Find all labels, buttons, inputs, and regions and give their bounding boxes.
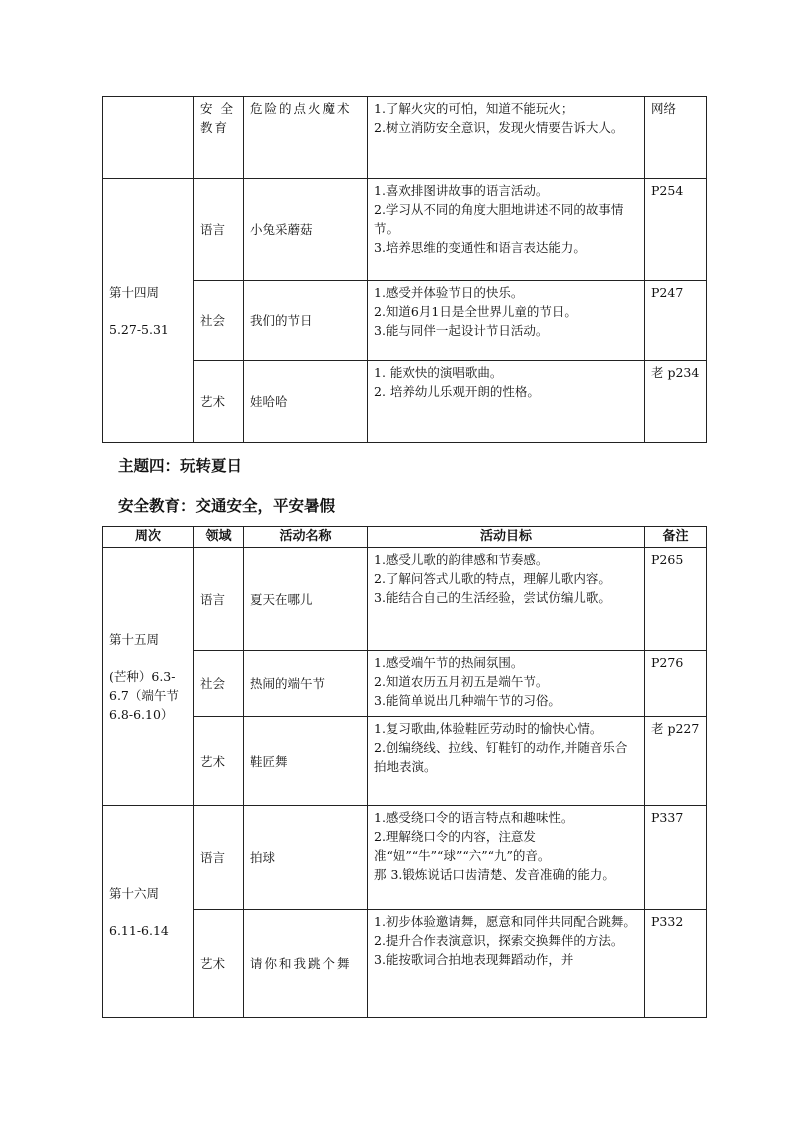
week-cell <box>103 97 194 179</box>
goal-text: 1.了解火灾的可怕，知道不能玩火； <box>374 99 638 118</box>
goal-text: 2.了解问答式儿歌的特点，理解儿歌内容。 <box>374 569 638 588</box>
note-cell: P265 <box>645 548 707 651</box>
goals-cell: 1.感受端午节的热闹氛围。 2.知道农历五月初五是端午节。 3.能简单说出几种端… <box>368 651 645 717</box>
domain-cell: 社会 <box>194 281 244 361</box>
note-cell: 老 p227 <box>645 717 707 806</box>
domain-cell: 社会 <box>194 651 244 717</box>
goal-text: 1.初步体验邀请舞，愿意和同伴共同配合跳舞。 <box>374 912 638 931</box>
activity-name-cell: 小兔采蘑菇 <box>244 179 368 281</box>
week-cell: 第十五周 (芒种）6.3-6.7（端午节6.8-6.10） <box>103 548 194 806</box>
table-row: 社会 热闹的端午节 1.感受端午节的热闹氛围。 2.知道农历五月初五是端午节。 … <box>103 651 707 717</box>
goal-text: 2.树立消防安全意识，发现火情要告诉大人。 <box>374 118 638 137</box>
table-row: 艺术 鞋匠舞 1.复习歌曲,体验鞋匠劳动时的愉快心情。 2.创编绕线、拉线、钉鞋… <box>103 717 707 806</box>
goal-text: 1.感受端午节的热闹氛围。 <box>374 653 638 672</box>
goal-text: 3.培养思维的变通性和语言表达能力。 <box>374 238 638 257</box>
week-dates: 5.27-5.31 <box>109 320 187 339</box>
goal-text: 1.喜欢排图讲故事的语言活动。 <box>374 181 638 200</box>
goals-cell: 1.感受绕口令的语言特点和趣味性。 2.理解绕口令的内容，注意发准“妞”“牛”“… <box>368 806 645 910</box>
activity-name-cell: 热闹的端午节 <box>244 651 368 717</box>
table-row: 安 全 教育 危险的点火魔术 1.了解火灾的可怕，知道不能玩火； 2.树立消防安… <box>103 97 707 179</box>
goals-cell: 1.初步体验邀请舞，愿意和同伴共同配合跳舞。 2.提升合作表演意识，探索交换舞伴… <box>368 910 645 1018</box>
goal-text: 2.知道6月1日是全世界儿童的节日。 <box>374 302 638 321</box>
note-cell: 老 p234 <box>645 361 707 443</box>
note-cell: P337 <box>645 806 707 910</box>
activity-name-cell: 请你和我跳个舞 <box>244 910 368 1018</box>
goal-text: 3.能与同伴一起设计节日活动。 <box>374 321 638 340</box>
goal-text: 2.创编绕线、拉线、钉鞋钉的动作,并随音乐合拍地表演。 <box>374 738 638 776</box>
goal-text: 1.感受绕口令的语言特点和趣味性。 <box>374 808 638 827</box>
table-row: 第十四周 5.27-5.31 语言 小兔采蘑菇 1.喜欢排图讲故事的语言活动。 … <box>103 179 707 281</box>
week-label: 第十四周 <box>109 283 187 302</box>
activity-name-cell: 鞋匠舞 <box>244 717 368 806</box>
week-dates: 6.11-6.14 <box>109 921 187 940</box>
domain-cell: 安 全 教育 <box>194 97 244 179</box>
note-cell: P276 <box>645 651 707 717</box>
goals-cell: 1. 能欢快的演唱歌曲。 2. 培养幼儿乐观开朗的性格。 <box>368 361 645 443</box>
goal-text: 1.复习歌曲,体验鞋匠劳动时的愉快心情。 <box>374 719 638 738</box>
goals-cell: 1.了解火灾的可怕，知道不能玩火； 2.树立消防安全意识，发现火情要告诉大人。 <box>368 97 645 179</box>
week-label: 第十五周 <box>109 630 187 649</box>
goal-text: 1.感受并体验节日的快乐。 <box>374 283 638 302</box>
schedule-table-continued: 安 全 教育 危险的点火魔术 1.了解火灾的可怕，知道不能玩火； 2.树立消防安… <box>102 96 707 443</box>
note-cell: P247 <box>645 281 707 361</box>
note-cell: 网络 <box>645 97 707 179</box>
header-week: 周次 <box>103 527 194 548</box>
domain-cell: 语言 <box>194 179 244 281</box>
activity-name-cell: 夏天在哪儿 <box>244 548 368 651</box>
table-row: 艺术 请你和我跳个舞 1.初步体验邀请舞，愿意和同伴共同配合跳舞。 2.提升合作… <box>103 910 707 1018</box>
header-domain: 领域 <box>194 527 244 548</box>
schedule-table: 周次 领域 活动名称 活动目标 备注 第十五周 (芒种）6.3-6.7（端午节6… <box>102 526 707 1018</box>
week-cell: 第十四周 5.27-5.31 <box>103 179 194 443</box>
table-header-row: 周次 领域 活动名称 活动目标 备注 <box>103 527 707 548</box>
note-cell: P332 <box>645 910 707 1018</box>
domain-cell: 语言 <box>194 806 244 910</box>
goal-text: 2. 培养幼儿乐观开朗的性格。 <box>374 382 638 401</box>
header-note: 备注 <box>645 527 707 548</box>
activity-name-cell: 娃哈哈 <box>244 361 368 443</box>
activity-name-cell: 拍球 <box>244 806 368 910</box>
week-label: 第十六周 <box>109 884 187 903</box>
goal-text: 2.知道农历五月初五是端午节。 <box>374 672 638 691</box>
goal-text: 2.学习从不同的角度大胆地讲述不同的故事情节。 <box>374 200 638 238</box>
domain-cell: 艺术 <box>194 361 244 443</box>
goal-text: 1.感受儿歌的韵律感和节奏感。 <box>374 550 638 569</box>
goal-text: 那 3.锻炼说话口齿清楚、发音准确的能力。 <box>374 865 638 884</box>
goal-text: 2.理解绕口令的内容，注意发准“妞”“牛”“球”“六”“九”的音。 <box>374 827 638 865</box>
goals-cell: 1.复习歌曲,体验鞋匠劳动时的愉快心情。 2.创编绕线、拉线、钉鞋钉的动作,并随… <box>368 717 645 806</box>
goal-text: 3.能按歌词合拍地表现舞蹈动作，并 <box>374 950 638 969</box>
week-dates: (芒种）6.3-6.7（端午节6.8-6.10） <box>109 667 187 724</box>
goal-text: 2.提升合作表演意识，探索交换舞伴的方法。 <box>374 931 638 950</box>
domain-cell: 艺术 <box>194 910 244 1018</box>
domain-cell: 语言 <box>194 548 244 651</box>
table-row: 第十六周 6.11-6.14 语言 拍球 1.感受绕口令的语言特点和趣味性。 2… <box>103 806 707 910</box>
week-cell: 第十六周 6.11-6.14 <box>103 806 194 1018</box>
goal-text: 1. 能欢快的演唱歌曲。 <box>374 363 638 382</box>
safety-heading: 安全教育：交通安全，平安暑假 <box>118 494 335 516</box>
table-row: 艺术 娃哈哈 1. 能欢快的演唱歌曲。 2. 培养幼儿乐观开朗的性格。 老 p2… <box>103 361 707 443</box>
goal-text: 3.能简单说出几种端午节的习俗。 <box>374 691 638 710</box>
goals-cell: 1.感受并体验节日的快乐。 2.知道6月1日是全世界儿童的节日。 3.能与同伴一… <box>368 281 645 361</box>
header-activity-name: 活动名称 <box>244 527 368 548</box>
table-row: 第十五周 (芒种）6.3-6.7（端午节6.8-6.10） 语言 夏天在哪儿 1… <box>103 548 707 651</box>
note-cell: P254 <box>645 179 707 281</box>
theme-heading: 主题四：玩转夏日 <box>118 454 242 476</box>
header-goals: 活动目标 <box>368 527 645 548</box>
activity-name-cell: 危险的点火魔术 <box>244 97 368 179</box>
goals-cell: 1.感受儿歌的韵律感和节奏感。 2.了解问答式儿歌的特点，理解儿歌内容。 3.能… <box>368 548 645 651</box>
activity-name-cell: 我们的节日 <box>244 281 368 361</box>
goals-cell: 1.喜欢排图讲故事的语言活动。 2.学习从不同的角度大胆地讲述不同的故事情节。 … <box>368 179 645 281</box>
goal-text: 3.能结合自己的生活经验，尝试仿编儿歌。 <box>374 588 638 607</box>
table-row: 社会 我们的节日 1.感受并体验节日的快乐。 2.知道6月1日是全世界儿童的节日… <box>103 281 707 361</box>
domain-cell: 艺术 <box>194 717 244 806</box>
